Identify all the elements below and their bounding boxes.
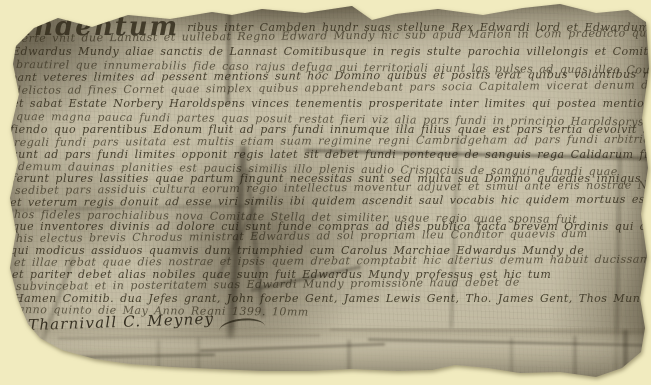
manuscript-line: sunt ad pars fundi limites opponit regis… bbox=[12, 149, 651, 160]
manuscript-line: Hamen Comitib. dua Jefes grant, John foe… bbox=[14, 293, 651, 304]
manuscript-line: subvincebat et in posteritatem suas Edwa… bbox=[16, 277, 520, 292]
manuscript-line: Edwardus Mundy aliae sanctis de Lannast … bbox=[12, 46, 651, 57]
manuscript-line: et veterum regis donuit ad esse viri sim… bbox=[10, 193, 651, 208]
signature-flourish-icon bbox=[218, 316, 265, 331]
photo-plate-background: Indentumribus inter Cambden hundr suas s… bbox=[0, 0, 651, 385]
manuscript-line: et illae rebat quae dies nostrae et ipsi… bbox=[14, 253, 651, 268]
parchment-sheet: Indentumribus inter Cambden hundr suas s… bbox=[0, 0, 651, 385]
manuscript-line: his electus brevis Chrodus ministrat Edw… bbox=[16, 228, 588, 244]
manuscript-text: Indentumribus inter Cambden hundr suas s… bbox=[0, 0, 651, 385]
parchment-photo: Indentumribus inter Cambden hundr suas s… bbox=[0, 0, 651, 385]
manuscript-line: et sabat Estate Norbery Haroldspens vinc… bbox=[12, 98, 651, 109]
manuscript-line: regali fundi pars usitata est multis eti… bbox=[14, 133, 651, 148]
